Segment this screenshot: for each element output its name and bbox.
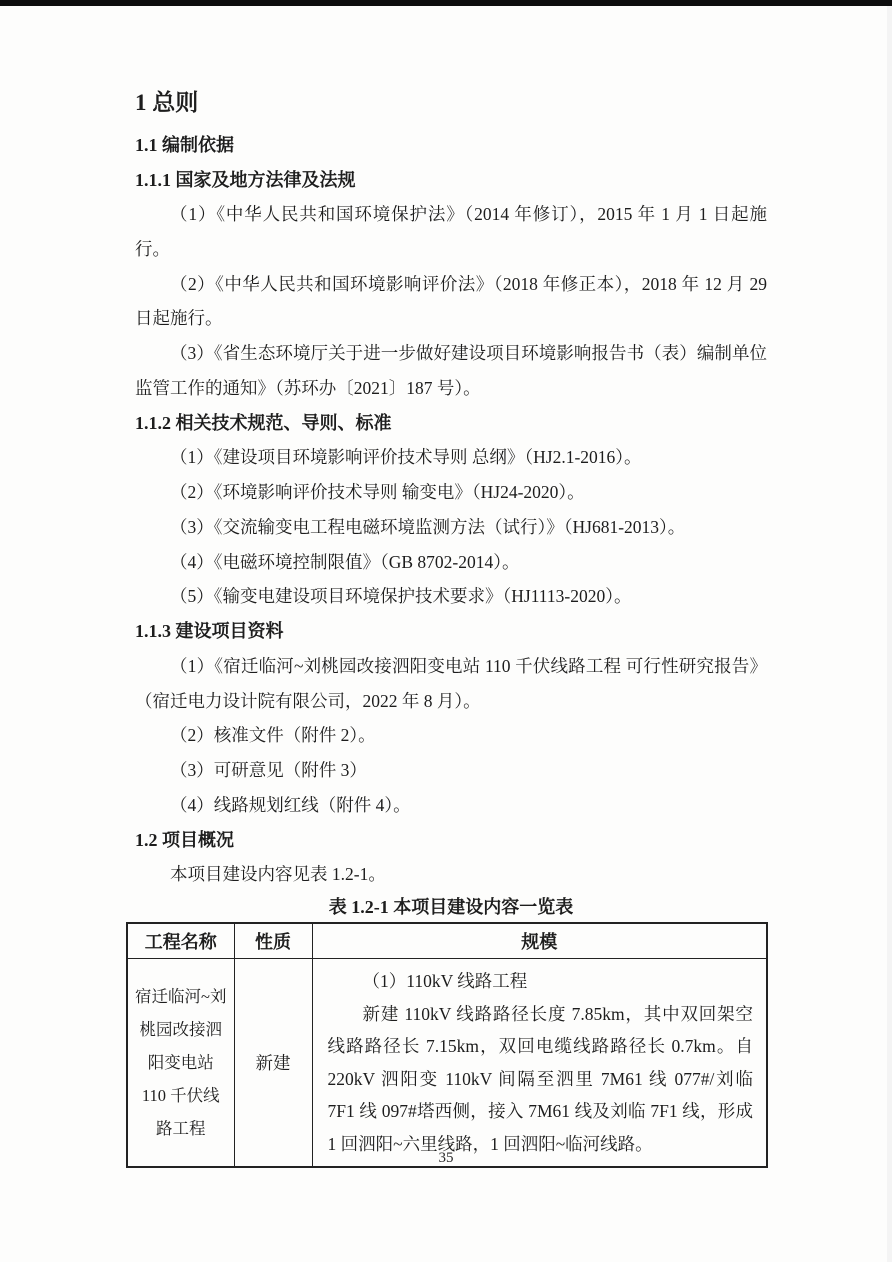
paragraph-material-4: （4）线路规划红线（附件 4）。 [135,788,767,823]
paragraph-standard-1: （1）《建设项目环境影响评价技术导则 总纲》（HJ2.1-2016）。 [135,440,767,475]
cell-scale: （1）110kV 线路工程 新建 110kV 线路路径长度 7.85km，其中双… [312,959,767,1168]
paragraph-standard-5: （5）《输变电建设项目环境保护技术要求》（HJ1113-2020）。 [135,579,767,614]
page-number: 35 [0,1150,892,1167]
cell-nature: 新建 [234,959,312,1168]
section-1-2-intro: 本项目建设内容见表 1.2-1。 [135,857,767,892]
paragraph-material-1: （1）《宿迁临河~刘桃园改接泗阳变电站 110 千伏线路工程 可行性研究报告》（… [135,649,767,719]
paragraph-standard-2: （2）《环境影响评价技术导则 输变电》（HJ24-2020）。 [135,475,767,510]
column-header-project-name: 工程名称 [127,923,234,959]
table-header-row: 工程名称 性质 规模 [127,923,767,959]
table-row: 宿迁临河~刘桃园改接泗阳变电站 110 千伏线路工程 新建 （1）110kV 线… [127,959,767,1168]
scale-paragraph: 新建 110kV 线路路径长度 7.85km，其中双回架空线路路径长 7.15k… [328,998,754,1161]
page-right-edge [887,6,892,1262]
project-content-table: 工程名称 性质 规模 宿迁临河~刘桃园改接泗阳变电站 110 千伏线路工程 新建… [126,922,768,1168]
paragraph-law-2: （2）《中华人民共和国环境影响评价法》（2018 年修正本），2018 年 12… [135,267,767,337]
chapter-title: 1 总则 [135,88,767,118]
paragraph-standard-3: （3）《交流输变电工程电磁环境监测方法（试行）》（HJ681-2013）。 [135,510,767,545]
section-1-1-2-heading: 1.1.2 相关技术规范、导则、标准 [135,406,767,441]
section-1-1-1-heading: 1.1.1 国家及地方法律及法规 [135,163,767,198]
paragraph-standard-4: （4）《电磁环境控制限值》（GB 8702-2014）。 [135,545,767,580]
column-header-scale: 规模 [312,923,767,959]
paragraph-law-1: （1）《中华人民共和国环境保护法》（2014 年修订），2015 年 1 月 1… [135,197,767,267]
paragraph-material-2: （2）核准文件（附件 2）。 [135,718,767,753]
paragraph-material-3: （3）可研意见（附件 3） [135,753,767,788]
section-1-1-heading: 1.1 编制依据 [135,128,767,163]
document-page: 1 总则 1.1 编制依据 1.1.1 国家及地方法律及法规 （1）《中华人民共… [135,88,767,1168]
scale-line-title: （1）110kV 线路工程 [328,965,754,998]
column-header-nature: 性质 [234,923,312,959]
section-1-2-heading: 1.2 项目概况 [135,823,767,858]
paragraph-law-3: （3）《省生态环境厅关于进一步做好建设项目环境影响报告书（表）编制单位监管工作的… [135,336,767,406]
table-caption: 表 1.2-1 本项目建设内容一览表 [135,892,767,922]
cell-project-name: 宿迁临河~刘桃园改接泗阳变电站 110 千伏线路工程 [127,959,234,1168]
window-top-bar [0,0,892,6]
section-1-1-3-heading: 1.1.3 建设项目资料 [135,614,767,649]
